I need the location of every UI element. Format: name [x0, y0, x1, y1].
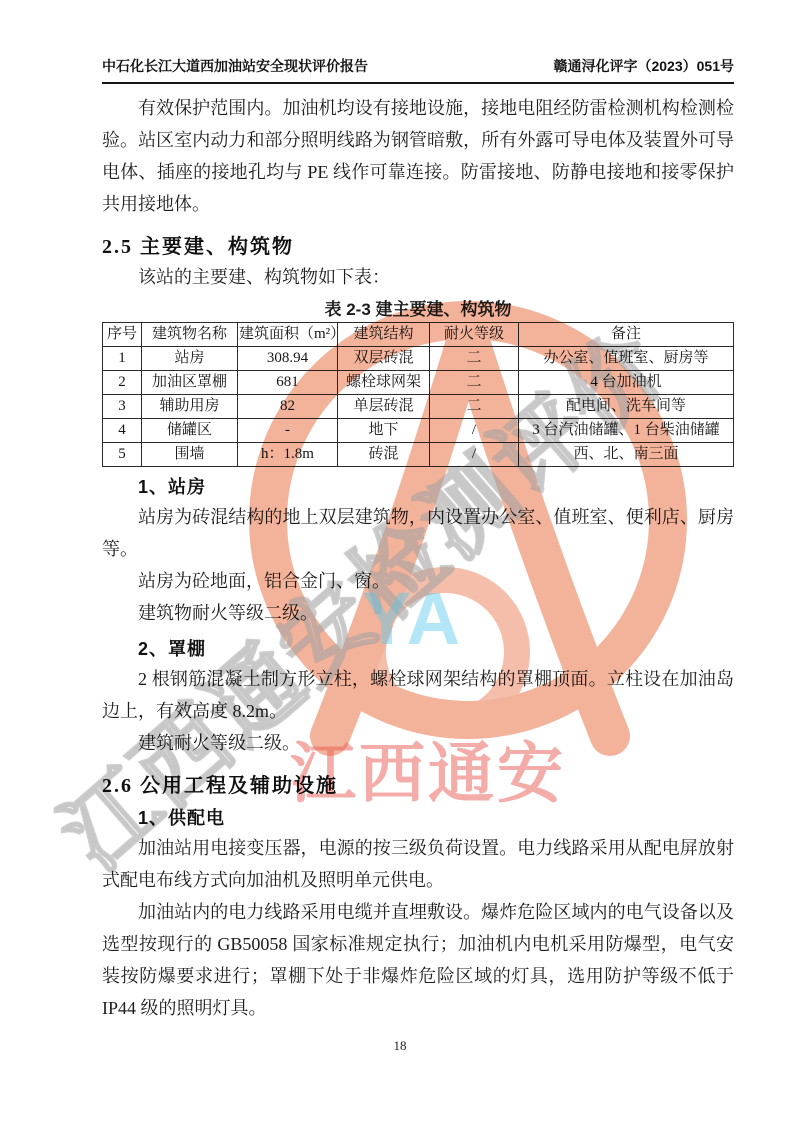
- table-cell: 308.94: [238, 347, 338, 371]
- table-cell: 围墙: [142, 443, 238, 467]
- page-content: 中石化长江大道西加油站安全现状评价报告 赣通浔化评字（2023）051号 有效保…: [0, 0, 800, 1024]
- table-header-cell: 备注: [519, 323, 734, 347]
- table-header-cell: 建筑结构: [338, 323, 430, 347]
- section-heading-2-6: 2.6 公用工程及辅助设施: [102, 769, 734, 798]
- table-cell: 西、北、南三面: [519, 443, 734, 467]
- table-cell: 681: [238, 371, 338, 395]
- table-cell: 二: [430, 371, 519, 395]
- table-cell: 4: [103, 419, 142, 443]
- table-header-cell: 序号: [103, 323, 142, 347]
- page-header: 中石化长江大道西加油站安全现状评价报告 赣通浔化评字（2023）051号: [102, 56, 734, 84]
- table-header-cell: 建筑物名称: [142, 323, 238, 347]
- table-cell: h：1.8m: [238, 443, 338, 467]
- table-header-cell: 耐火等级: [430, 323, 519, 347]
- section-heading-2-5: 2.5 主要建、构筑物: [102, 230, 734, 259]
- table-row: 3 辅助用房 82 单层砖混 二 配电间、洗车间等: [103, 395, 734, 419]
- table-cell: 3: [103, 395, 142, 419]
- header-document-number: 赣通浔化评字（2023）051号: [553, 56, 734, 76]
- table-2-3-title: 表 2-3 建主要建、构筑物: [102, 295, 734, 320]
- table-cell: 办公室、值班室、厨房等: [519, 347, 734, 371]
- header-report-title: 中石化长江大道西加油站安全现状评价报告: [102, 56, 368, 76]
- table-cell: /: [430, 419, 519, 443]
- table-cell: 螺栓球网架: [338, 371, 430, 395]
- paragraph-station-house-1: 站房为砖混结构的地上双层建筑物，内设置办公室、值班室、便利店、厨房等。: [102, 501, 734, 565]
- table-row: 5 围墙 h：1.8m 砖混 / 西、北、南三面: [103, 443, 734, 467]
- table-row: 1 站房 308.94 双层砖混 二 办公室、值班室、厨房等: [103, 347, 734, 371]
- subheading-canopy: 2、罩棚: [102, 635, 734, 661]
- table-cell: 二: [430, 347, 519, 371]
- table-cell: 4 台加油机: [519, 371, 734, 395]
- table-row: 4 储罐区 - 地下 / 3 台汽油储罐、1 台柴油储罐: [103, 419, 734, 443]
- table-header-row: 序号 建筑物名称 建筑面积（m²） 建筑结构 耐火等级 备注: [103, 323, 734, 347]
- table-cell: 单层砖混: [338, 395, 430, 419]
- table-cell: 双层砖混: [338, 347, 430, 371]
- table-cell: 5: [103, 443, 142, 467]
- table-cell: /: [430, 443, 519, 467]
- table-cell: 砖混: [338, 443, 430, 467]
- paragraph-grounding: 有效保护范围内。加油机均设有接地设施，接地电阻经防雷检测机构检测检验。站区室内动…: [102, 92, 734, 220]
- paragraph-canopy-2: 建筑耐火等级二级。: [102, 727, 734, 759]
- table-cell: 1: [103, 347, 142, 371]
- paragraph-power-supply-1: 加油站用电接变压器，电源的按三级负荷设置。电力线路采用从配电屏放射式配电布线方式…: [102, 832, 734, 896]
- subheading-station-house: 1、站房: [102, 473, 734, 499]
- table-cell: 82: [238, 395, 338, 419]
- paragraph-power-supply-2: 加油站内的电力线路采用电缆并直埋敷设。爆炸危险区域内的电气设备以及选型按现行的 …: [102, 896, 734, 1024]
- table-cell: -: [238, 419, 338, 443]
- document-page: 中石化长江大道西加油站安全现状评价报告 赣通浔化评字（2023）051号 有效保…: [0, 0, 800, 1131]
- table-cell: 加油区罩棚: [142, 371, 238, 395]
- table-cell: 二: [430, 395, 519, 419]
- paragraph-station-house-3: 建筑物耐火等级二级。: [102, 597, 734, 629]
- table-cell: 站房: [142, 347, 238, 371]
- table-cell: 3 台汽油储罐、1 台柴油储罐: [519, 419, 734, 443]
- subheading-power-supply: 1、供配电: [102, 804, 734, 830]
- table-row: 2 加油区罩棚 681 螺栓球网架 二 4 台加油机: [103, 371, 734, 395]
- paragraph-table-lead: 该站的主要建、构筑物如下表：: [102, 261, 734, 293]
- page-number: 18: [0, 1038, 800, 1054]
- buildings-table: 序号 建筑物名称 建筑面积（m²） 建筑结构 耐火等级 备注 1 站房 308.…: [102, 322, 734, 467]
- paragraph-station-house-2: 站房为砼地面，铝合金门、窗。: [102, 565, 734, 597]
- table-cell: 地下: [338, 419, 430, 443]
- table-cell: 储罐区: [142, 419, 238, 443]
- table-header-cell: 建筑面积（m²）: [238, 323, 338, 347]
- table-cell: 配电间、洗车间等: [519, 395, 734, 419]
- table-cell: 2: [103, 371, 142, 395]
- table-cell: 辅助用房: [142, 395, 238, 419]
- paragraph-canopy-1: 2 根钢筋混凝土制方形立柱，螺栓球网架结构的罩棚顶面。立柱设在加油岛边上，有效高…: [102, 663, 734, 727]
